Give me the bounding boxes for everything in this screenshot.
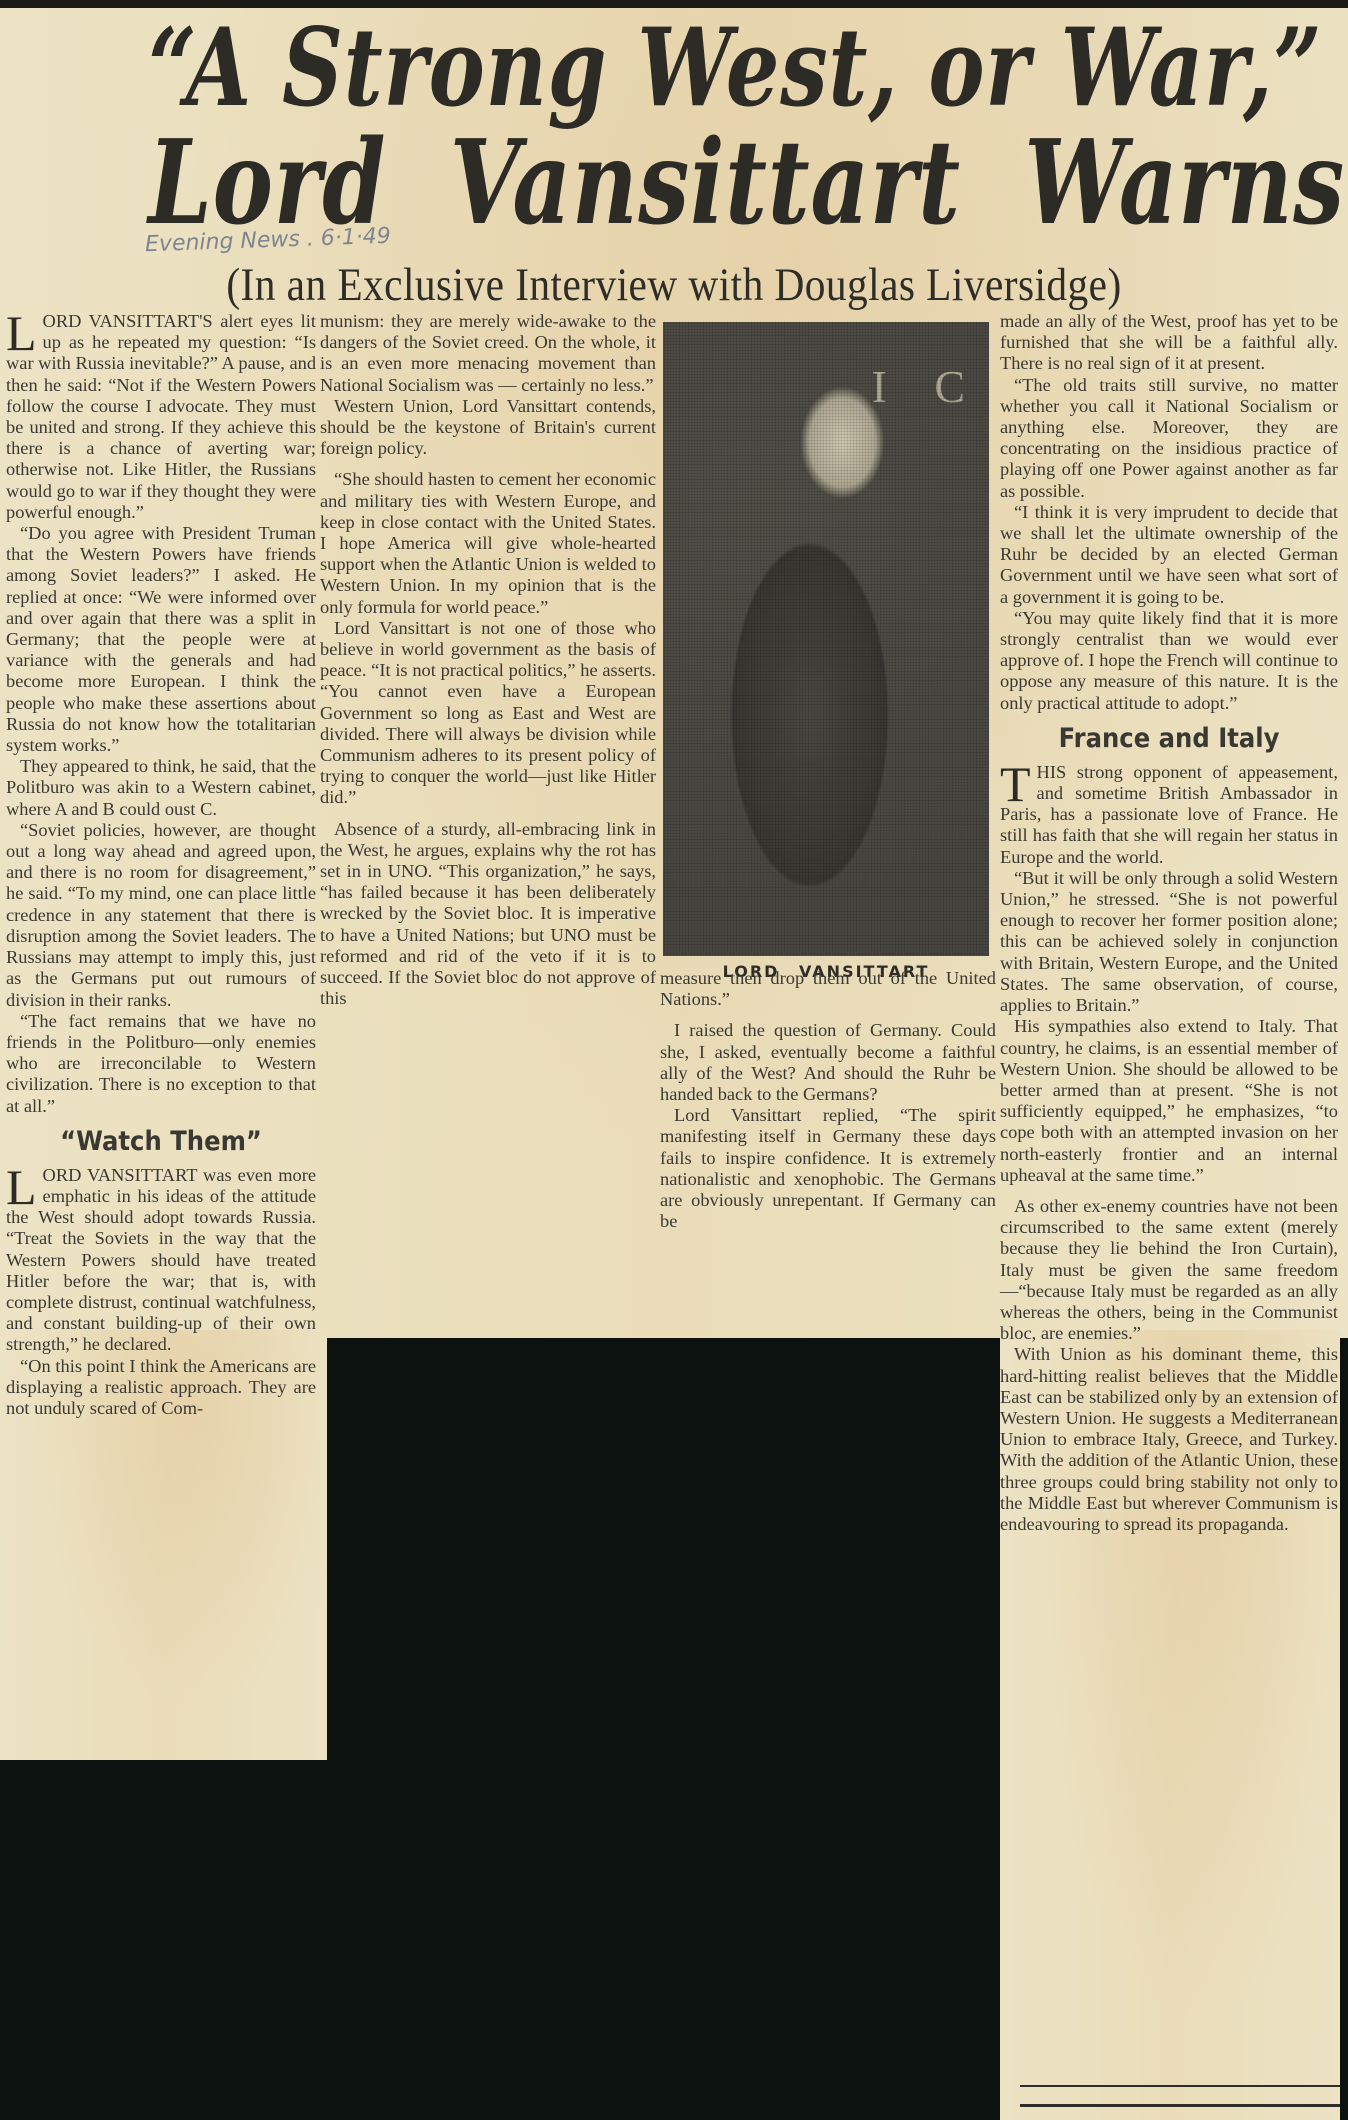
paragraph: “She should hasten to cement her economi…	[320, 469, 656, 617]
paragraph: “Do you agree with President Truman that…	[6, 523, 316, 756]
paragraph: munism: they are merely wide-awake to th…	[320, 311, 656, 396]
paragraph: Lord Vansittart replied, “The spirit man…	[660, 1105, 996, 1232]
paragraph: “The old traits still survive, no matter…	[1000, 375, 1338, 502]
paragraph: “The fact remains that we have no friend…	[6, 1011, 316, 1117]
paragraph: Absence of a sturdy, all-embracing link …	[320, 819, 656, 1010]
section-heading-watch-them: “Watch Them”	[22, 1123, 301, 1161]
headline-line-1: “A Strong West, or War,”	[148, 8, 1199, 128]
portrait-photo: I C	[663, 322, 989, 956]
paragraph: measure then drop them out of the United…	[660, 968, 996, 1010]
drop-cap: L	[6, 1167, 37, 1207]
paragraph: “Soviet policies, however, are thought o…	[6, 820, 316, 1011]
paragraph: Western Union, Lord Vansittart contends,…	[320, 396, 656, 460]
paragraph: Lord Vansittart is not one of those who …	[320, 618, 656, 809]
paragraph: “But it will be only through a solid Wes…	[1000, 868, 1338, 1016]
paragraph: I raised the question of Germany. Could …	[660, 1020, 996, 1105]
paragraph: As other ex-enemy countries have not bee…	[1000, 1196, 1338, 1344]
paragraph: ORD VANSITTART'S alert eyes lit up as he…	[6, 311, 316, 523]
article-column-2: munism: they are merely wide-awake to th…	[320, 311, 656, 1010]
paragraph: HIS strong opponent of appeasement, and …	[1000, 762, 1338, 868]
paragraph: “You may quite likely find that it is mo…	[1000, 608, 1338, 714]
end-rule-thick	[1020, 2104, 1340, 2107]
paragraph: “On this point I think the Americans are…	[6, 1356, 316, 1420]
paragraph: They appeared to think, he said, that th…	[6, 756, 316, 820]
drop-cap: T	[1000, 764, 1031, 804]
paragraph: With Union as his dominant theme, this h…	[1000, 1344, 1338, 1535]
paragraph: ORD VANSITTART was even more emphatic in…	[6, 1165, 316, 1356]
paragraph: made an ally of the West, proof has yet …	[1000, 311, 1338, 375]
paragraph: “I think it is very imprudent to decide …	[1000, 502, 1338, 608]
drop-cap: L	[6, 313, 37, 353]
article-column-1: L ORD VANSITTART'S alert eyes lit up as …	[6, 311, 316, 1419]
article-column-4: made an ally of the West, proof has yet …	[1000, 311, 1338, 1535]
paragraph: His sympathies also extend to Italy. Tha…	[1000, 1016, 1338, 1186]
end-rule-thin	[1020, 2085, 1340, 2087]
section-heading-france-and-italy: France and Italy	[1017, 720, 1321, 758]
byline-subhead: (In an Exclusive Interview with Douglas …	[81, 258, 1267, 312]
photo-background-letters: I C	[872, 360, 984, 413]
article-column-3: measure then drop them out of the United…	[660, 968, 996, 1232]
